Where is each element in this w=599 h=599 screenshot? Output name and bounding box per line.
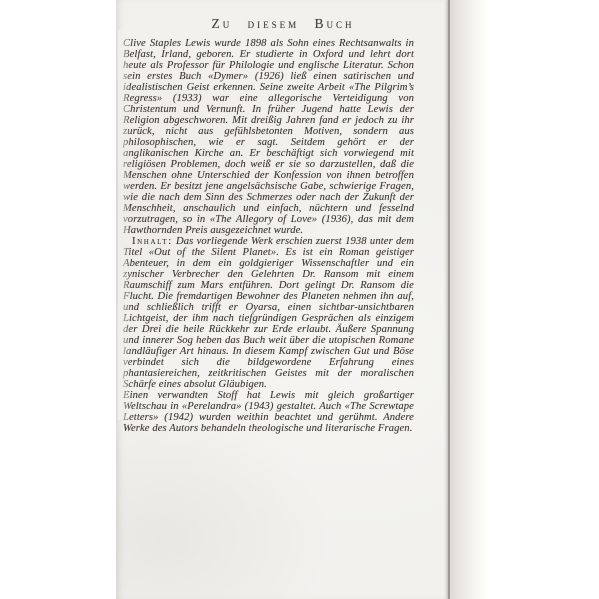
paragraph-inhalt-text: Das vorliegende Werk erschien zuerst 193… <box>123 236 414 390</box>
book-page: Zu diesem Buch Clive Staples Lewis wurde… <box>116 0 450 599</box>
paragraph-inhalt: Inhalt: Das vorliegende Werk erschien zu… <box>123 236 414 390</box>
paragraph-biography-text: Clive Staples Lewis wurde 1898 als Sohn … <box>123 38 414 236</box>
paragraph-biography: Clive Staples Lewis wurde 1898 als Sohn … <box>123 38 414 236</box>
text-block: Clive Staples Lewis wurde 1898 als Sohn … <box>123 38 414 434</box>
inhalt-label: Inhalt: <box>132 236 173 247</box>
paragraph-related-works: Einen verwandten Stoff hat Lewis mit gle… <box>123 390 414 434</box>
paragraph-related-works-text: Einen verwandten Stoff hat Lewis mit gle… <box>123 390 414 434</box>
page-heading: Zu diesem Buch <box>116 16 450 32</box>
adjacent-page-edge <box>450 0 488 599</box>
book-scan: Zu diesem Buch Clive Staples Lewis wurde… <box>0 0 599 599</box>
